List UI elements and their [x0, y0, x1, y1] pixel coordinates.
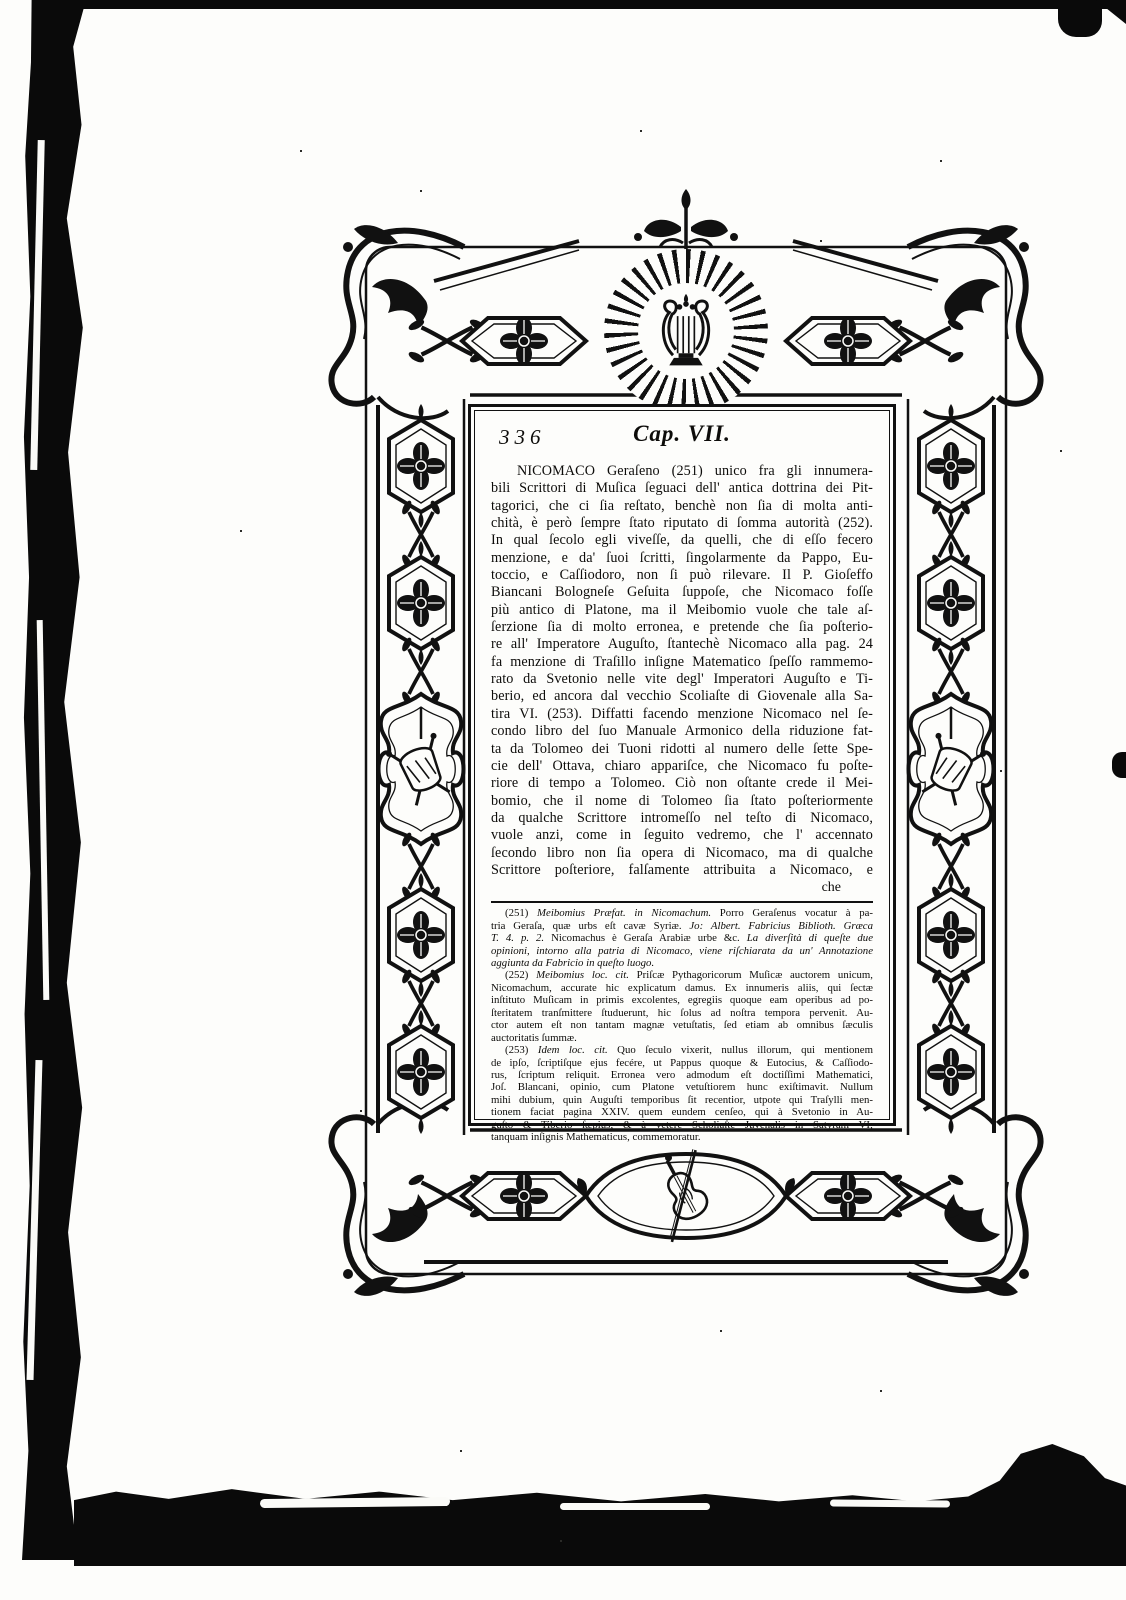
scan-edge-gap [560, 1503, 710, 1510]
body-line: riore di tempo a Tolomeo. Ciò non oſtant… [491, 775, 873, 792]
scanned-book-page: 336 Cap. VII. NICOMACO Geraſeno (251) un… [0, 0, 1126, 1600]
footnote-line: ctor autem eſt non tantam magnæ vetuſtat… [491, 1019, 873, 1031]
paper-speckles [300, 150, 302, 152]
body-line: In qual ſecolo egli viveſſe, da quelli, … [491, 532, 873, 549]
body-line: tira VI. (253). Diffatti facendo menzion… [491, 706, 873, 723]
top-scan-edge [78, 0, 1126, 9]
body-line: più antico di Platone, ma il Meibomio vu… [491, 602, 873, 619]
footnote-separator [491, 901, 873, 903]
body-line: berio, ed ancora dal vecchio Scoliaſte d… [491, 688, 873, 705]
page-header: 336 Cap. VII. [491, 421, 873, 455]
footnote-line: T. 4. p. 2. Nicomachus è Geraſa Arabiæ u… [491, 932, 873, 944]
body-line: bomio, che il nome di Tolomeo ſia ſtato … [491, 793, 873, 810]
footnote-line: ſteritatem tranſmittere ſtuduerunt, hic … [491, 1007, 873, 1019]
footnote-line: auctoritatis ſummæ. [491, 1032, 873, 1044]
body-line: bili Scrittori di Muſica ſeguaci dell' a… [491, 480, 873, 497]
footnote-line: aggiunta da Fabricio in queſto luogo. [491, 957, 873, 969]
right-scan-mark [1112, 752, 1126, 778]
body-line: re all' Imperatore Auguſto, ſtantechè Ni… [491, 636, 873, 653]
body-text: NICOMACO Geraſeno (251) unico fra gli in… [491, 463, 873, 879]
body-line: tagorici, che ci ſia reſtato, benchè non… [491, 498, 873, 515]
text-panel-content: 336 Cap. VII. NICOMACO Geraſeno (251) un… [491, 415, 873, 1117]
catchword: che [491, 880, 873, 896]
body-line: ta da Tolomeo dei Tuoni ridotti al numer… [491, 741, 873, 758]
footnote-line: guſto & Tiberio ſæpius; & à vetere Schol… [491, 1119, 873, 1131]
footnote-line: de ipſo, ſcriptiſque ejus fecére, ut Pap… [491, 1057, 873, 1069]
footnote-line: Joſ. Blancani, opinio, cum Platone vetuſ… [491, 1081, 873, 1093]
footnote-line: rus, ſcriptum reliquit. Erronea vero adm… [491, 1069, 873, 1081]
footnote-line: Nicomachum, accurate hic explicatum damu… [491, 982, 873, 994]
body-line: fa menzione di Traſillo inſigne Matemati… [491, 654, 873, 671]
footnote-line: inſtituto Muſicam in primis excolentes, … [491, 994, 873, 1006]
footnote-line: mihi dubium, quin Auguſti temporibus ſit… [491, 1094, 873, 1106]
footnote-line: (251) Meibomius Præfat. in Nicomachum. P… [491, 907, 873, 919]
lyre-icon [653, 292, 719, 370]
footnote-line: (252) Meibomius loc. cit. Priſcæ Pythago… [491, 969, 873, 981]
footnote-line: tanquam inſignis Mathematicus, commemora… [491, 1131, 873, 1143]
footnote-line: opinioni, intorno alla patria di Nicomac… [491, 945, 873, 957]
page-number: 336 [499, 425, 546, 450]
body-line: da qualche Scrittore intromeſſo nel teſt… [491, 810, 873, 827]
body-line: ſerzione ſia di molto erronea, e pretend… [491, 619, 873, 636]
body-line: chità, è però ſempre ſtato riputato di ſ… [491, 515, 873, 532]
chapter-title: Cap. VII. [633, 421, 731, 447]
body-line: condo libro del ſuo Manuale Armonico del… [491, 723, 873, 740]
body-line: Scrittore poſteriore, falſamente attribu… [491, 862, 873, 879]
footnote-line: tria Geraſa, quæ urbs eſt cavæ Syriæ. Jo… [491, 920, 873, 932]
body-line: menzione, e da' ſuoi ſcritti, ſingolarme… [491, 550, 873, 567]
body-line: ſecondo libro non ſia opera di Nicomaco,… [491, 845, 873, 862]
body-line: rato da Svetonio nelle vite degl' Impera… [491, 671, 873, 688]
top-scan-blot [1058, 0, 1102, 37]
footnote-line: tionem faciat pagina XXIV. quem eundem c… [491, 1106, 873, 1118]
body-line: NICOMACO Geraſeno (251) unico fra gli in… [491, 463, 873, 480]
body-line: cie dell' Ottava, chiaro appariſce, che … [491, 758, 873, 775]
body-line: vuole anzi, come in ſeguito vedremo, che… [491, 827, 873, 844]
text-panel: 336 Cap. VII. NICOMACO Geraſeno (251) un… [468, 404, 896, 1126]
footnote-line: (253) Idem loc. cit. Quo ſeculo vixerit,… [491, 1044, 873, 1056]
footnotes: (251) Meibomius Præfat. in Nicomachum. P… [491, 907, 873, 1143]
body-line: toccio, e Caſſiodoro, non ſi può rilevar… [491, 567, 873, 584]
scan-edge-gap [830, 1499, 950, 1507]
sunburst-icon [604, 249, 768, 413]
body-line: Biancani Bologneſe Geſuita ſuppoſe, che … [491, 584, 873, 601]
lyre-medallion [638, 283, 734, 379]
